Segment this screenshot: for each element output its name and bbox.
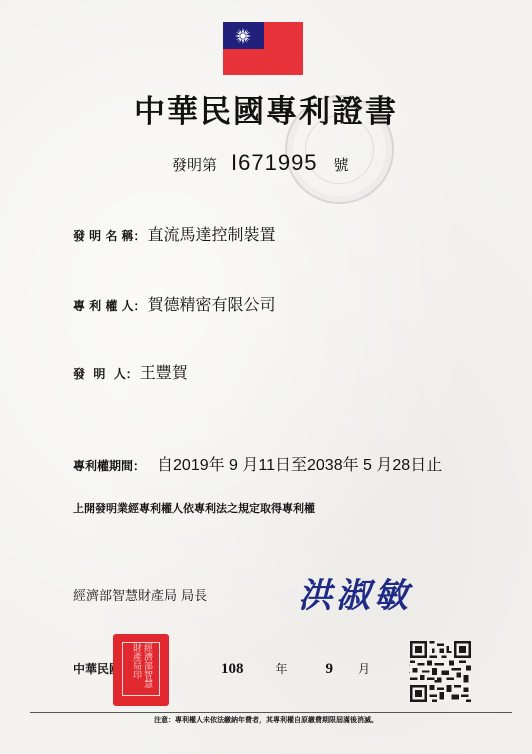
- field-label: 發 明 名 稱：: [73, 227, 146, 244]
- field-patentee: 專 利 權 人： 賀德精密有限公司: [73, 292, 276, 315]
- certificate-title: 中華民國專利證書: [0, 86, 532, 131]
- certificate-page: 中華民國專利證書 發明第 I671995 號 發 明 名 稱： 直流馬達控制裝置…: [0, 0, 532, 754]
- grant-statement: 上開發明業經專利權人依專利法之規定取得專利權: [73, 500, 315, 516]
- term-label: 專利權期間：: [73, 457, 145, 474]
- field-value: 直流馬達控制裝置: [148, 222, 276, 245]
- qr-code-icon: [410, 641, 471, 702]
- field-label: 專 利 權 人：: [73, 297, 146, 314]
- white-sun-icon: [235, 28, 251, 44]
- director-signature: 洪淑敏: [298, 568, 412, 617]
- patent-number-prefix: 發明第: [172, 154, 217, 175]
- official-red-stamp: 經濟部智慧財產局印: [113, 634, 169, 706]
- issuer-title: 經濟部智慧財產局 局長: [73, 585, 207, 604]
- field-inventor: 發 明 人： 王豐賀: [73, 360, 188, 383]
- date-year: 108: [221, 661, 244, 678]
- patent-term: 專利權期間： 自2019年 9 月11日至2038年 5 月28日止: [73, 452, 442, 475]
- patent-number-value: I671995: [231, 150, 318, 176]
- footer-divider: [30, 712, 512, 713]
- field-label: 發 明 人：: [73, 365, 138, 382]
- field-invention-title: 發 明 名 稱： 直流馬達控制裝置: [73, 222, 276, 245]
- field-value: 賀德精密有限公司: [148, 292, 276, 315]
- footnote: 注意：專利權人未依法繳納年費者，其專利權自原繳費期限屆滿後消滅。: [0, 715, 532, 725]
- patent-number: 發明第 I671995 號: [172, 150, 349, 176]
- term-value: 自2019年 9 月11日至2038年 5 月28日止: [157, 452, 442, 475]
- roc-flag-icon: [223, 22, 303, 75]
- date-month-unit: 月: [358, 660, 370, 677]
- date-month: 9: [326, 661, 334, 678]
- flag-canton: [223, 22, 264, 49]
- field-value: 王豐賀: [140, 360, 188, 383]
- stamp-text: 經濟部智慧財產局印: [122, 642, 160, 696]
- date-year-unit: 年: [276, 660, 288, 677]
- patent-number-suffix: 號: [334, 154, 349, 175]
